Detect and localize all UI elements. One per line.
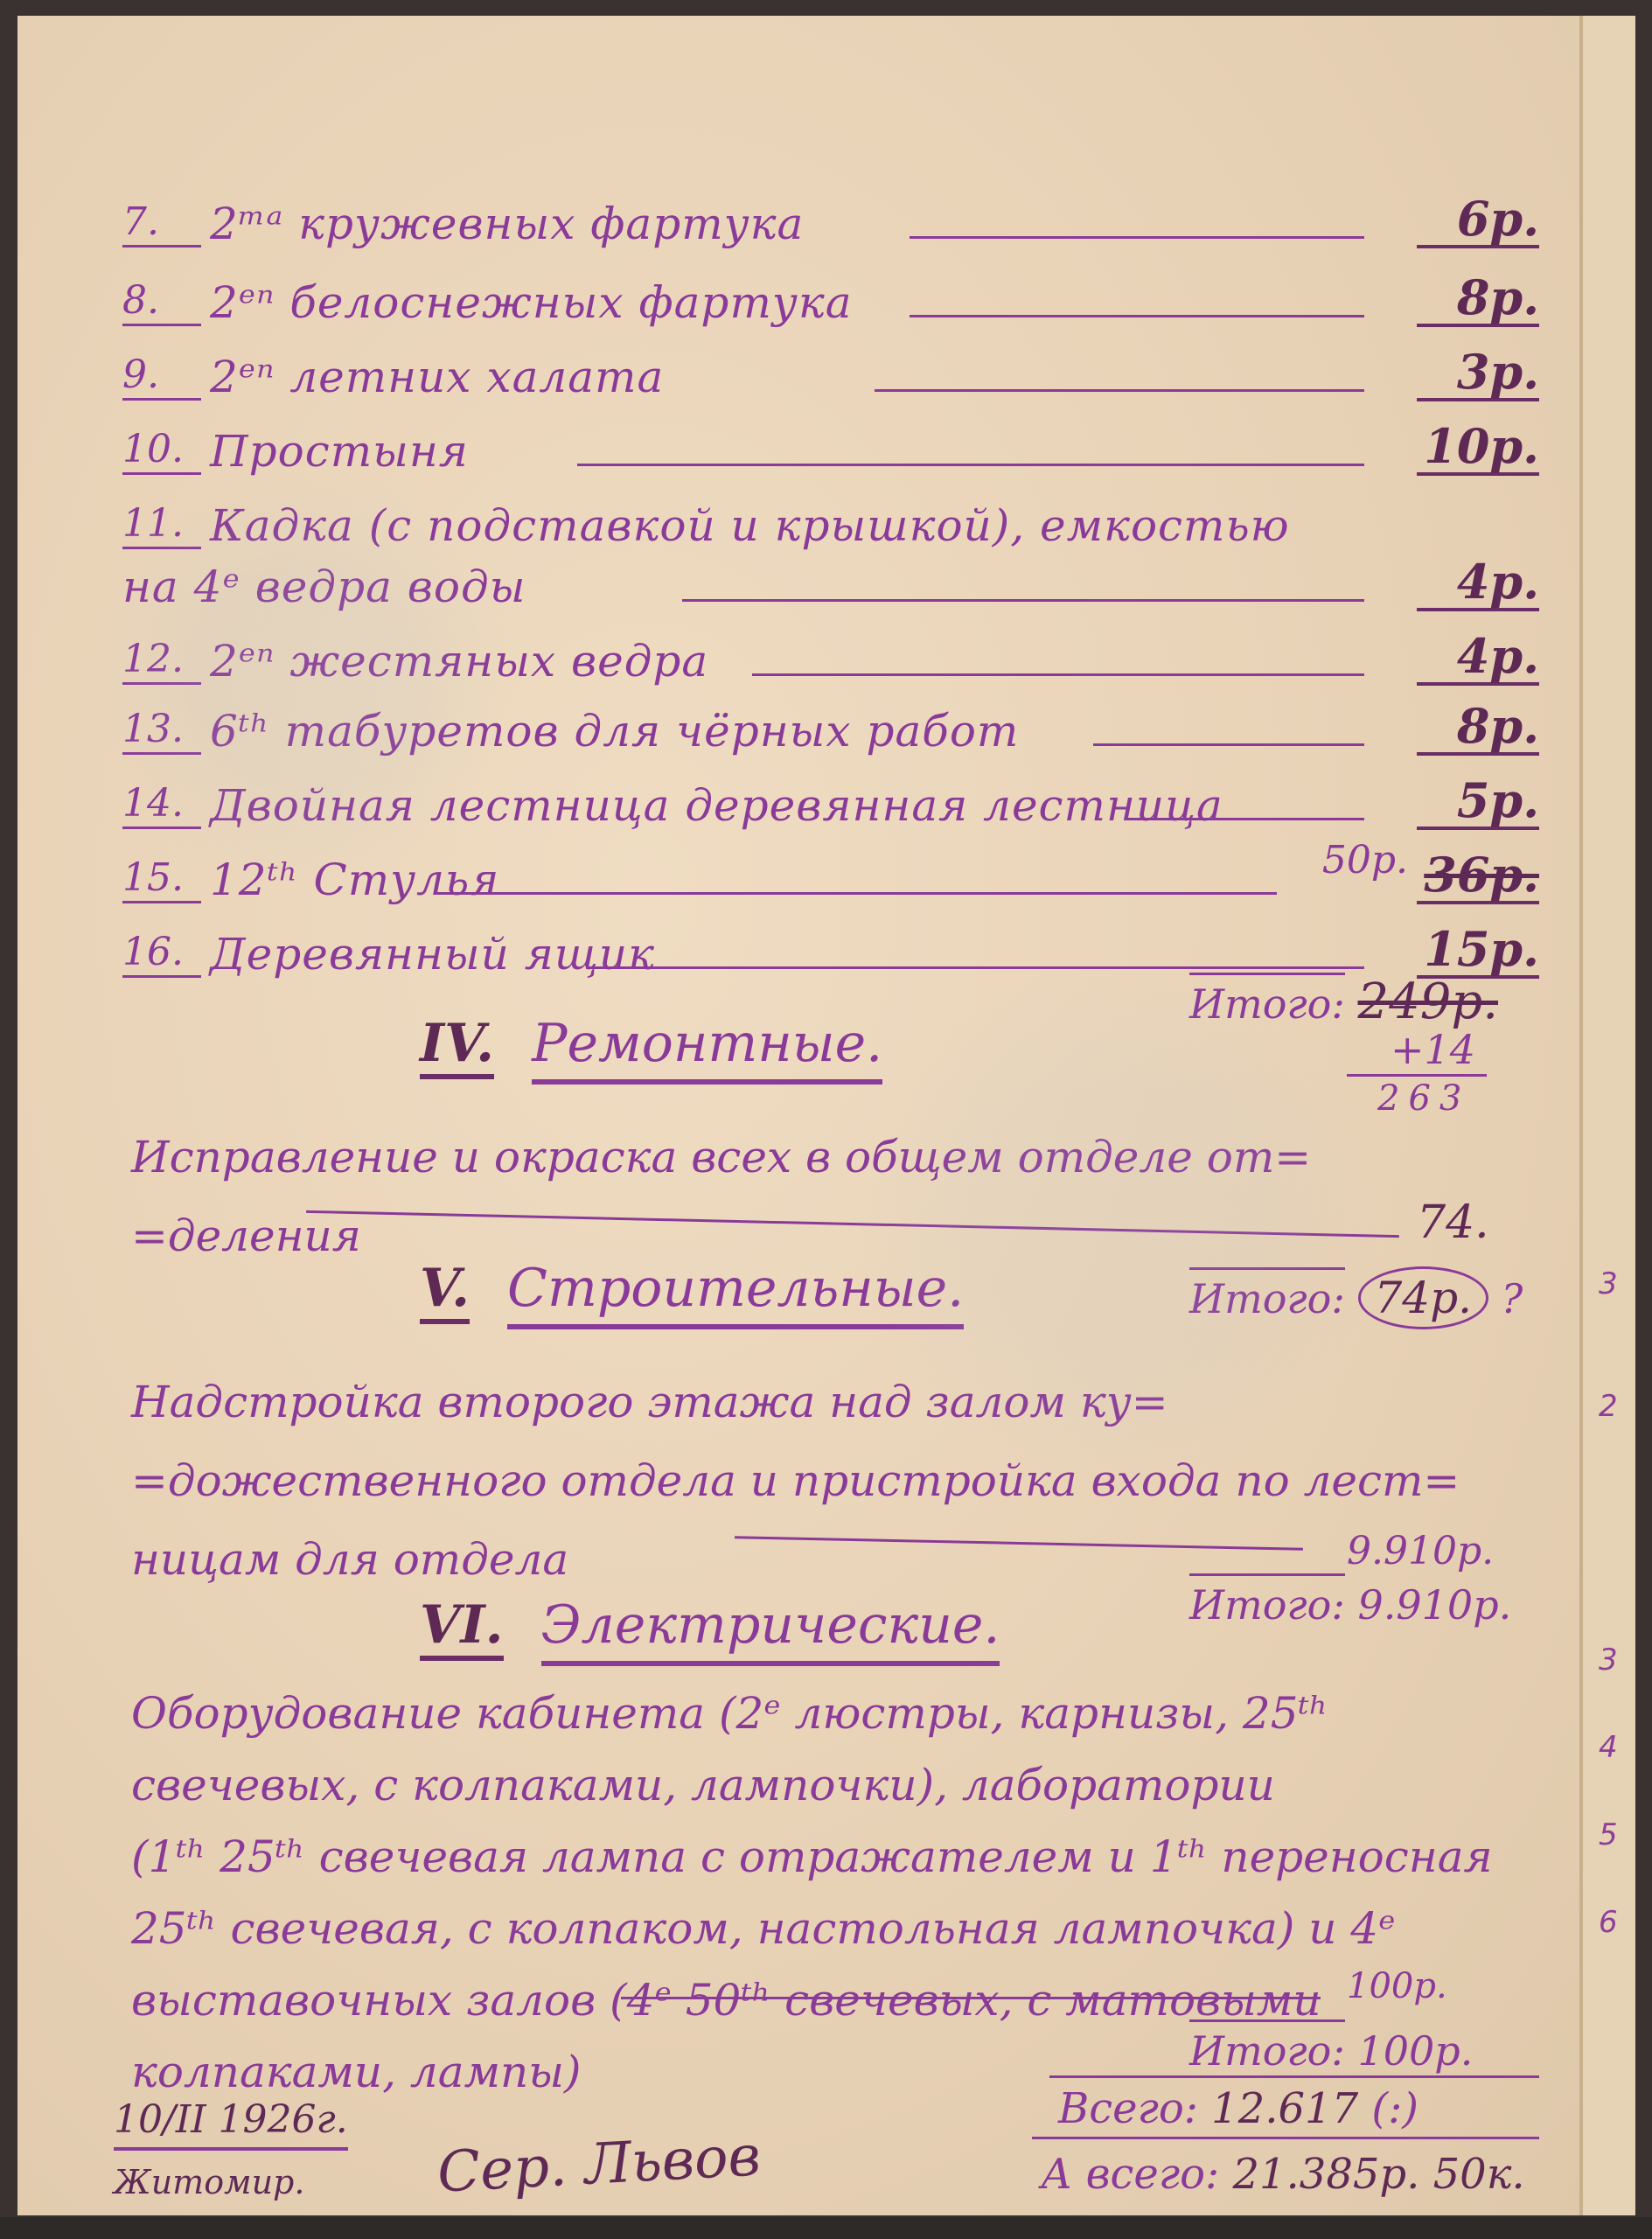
- item-description: 2ᵉⁿ летних халата: [210, 352, 664, 401]
- section-title: Электрические.: [541, 1594, 1000, 1666]
- text-line: =дожественного отдела и пристройка входа…: [131, 1441, 1513, 1520]
- item-row: 11. Кадка (с подставкой и крышкой), емко…: [122, 501, 1539, 554]
- leader-line: [1093, 743, 1364, 746]
- text-line: =деления: [131, 1196, 361, 1275]
- subtotal-value: 249р.: [1358, 973, 1499, 1030]
- item-amount: 5р.: [1417, 774, 1539, 830]
- leader-line: [910, 236, 1364, 239]
- section-4-text: Исправление и окраска всех в общем отдел…: [131, 1118, 1513, 1275]
- item-amount: 8р.: [1417, 700, 1539, 756]
- grand-total-mark: (:): [1371, 2084, 1418, 2133]
- text-line: (1ᵗʰ 25ᵗʰ свечевая лампа с отражателем и…: [131, 1821, 1513, 1893]
- item-description: 12ᵗʰ Стулья: [210, 855, 499, 904]
- text-line: Надстройка второго этажа над залом ку=: [131, 1363, 1513, 1441]
- document-place: Житомир.: [114, 2163, 304, 2201]
- item-amount: 6р.: [1417, 192, 1539, 248]
- item-number: 15.: [122, 855, 201, 903]
- leader-line: [752, 673, 1364, 676]
- item-number: 9.: [122, 352, 201, 401]
- item-number: 10.: [122, 427, 201, 475]
- item-description: 2ᵉⁿ жестяных ведра: [210, 637, 708, 686]
- leader-line: [875, 389, 1364, 392]
- section-4-amount: 74.: [1417, 1196, 1489, 1249]
- leader-line: [910, 315, 1364, 317]
- item-row: 10. Простыня 10р.: [122, 427, 1539, 479]
- item-number: 11.: [122, 501, 201, 549]
- section-4-total: Итого: 74р. ?: [1189, 1266, 1523, 1329]
- item-description: Простыня: [210, 427, 469, 476]
- section-5-total: Итого: 9.910р.: [1189, 1581, 1511, 1629]
- total-value: 74р.: [1358, 1266, 1489, 1329]
- corrected-amount: 50р.: [1322, 838, 1408, 882]
- leader-line: [682, 599, 1364, 602]
- text-line: 25ᵗʰ свечевая, с колпаком, настольная ла…: [131, 1893, 1513, 1964]
- overall-total: А всего: 21.385р. 50к.: [1041, 2150, 1525, 2199]
- subtotal-1: Итого: 249р.: [1189, 973, 1498, 1030]
- item-amount: 15р.: [1417, 923, 1539, 979]
- item-row: 8. 2ᵉⁿ белоснежных фартука 8р.: [122, 278, 1539, 331]
- margin-fragment: 3: [1599, 1266, 1618, 1301]
- overall-total-label: А всего:: [1041, 2150, 1219, 2199]
- leader-line: [577, 464, 1364, 466]
- margin-fragment: 5: [1599, 1817, 1618, 1852]
- item-amount: 10р.: [1417, 420, 1539, 476]
- adjacent-page-edge: 3 2 3 4 5 6: [1579, 16, 1635, 2215]
- total-value: 100р.: [1358, 2027, 1474, 2075]
- section-6-amount: 100р.: [1347, 1966, 1447, 2006]
- document-page: 7. 2ᵐᵃ кружевных фартука 6р. 8. 2ᵉⁿ бело…: [17, 16, 1592, 2215]
- section-4-heading: IV. Ремонтные.: [420, 1013, 882, 1085]
- section-title: Ремонтные.: [532, 1013, 882, 1085]
- question-mark: ?: [1502, 1275, 1523, 1322]
- item-amount: 3р.: [1417, 345, 1539, 401]
- total-label: Итого:: [1189, 1573, 1345, 1629]
- margin-fragment: 6: [1599, 1905, 1618, 1940]
- item-amount: 8р.: [1417, 271, 1539, 327]
- text-line: свечевых, с колпаками, лампочки), лабора…: [131, 1749, 1513, 1821]
- sum-line: [1347, 1074, 1487, 1077]
- total-rule: [1032, 2137, 1539, 2139]
- subtotal-result: 263: [1377, 1078, 1470, 1119]
- total-label: Итого:: [1189, 2019, 1345, 2075]
- text-line: Исправление и окраска всех в общем отдел…: [131, 1118, 1513, 1196]
- item-row: 12. 2ᵉⁿ жестяных ведра 4р.: [122, 637, 1539, 689]
- item-amount: 4р.: [1417, 555, 1539, 611]
- document-date: 10/II 1926г.: [114, 2097, 348, 2151]
- leader-line: [437, 892, 1277, 895]
- item-number: 13.: [122, 707, 201, 755]
- subtotal-addition: +14: [1391, 1026, 1475, 1073]
- section-number: VI.: [420, 1594, 504, 1661]
- total-value: 9.910р.: [1358, 1581, 1512, 1629]
- margin-fragment: 2: [1599, 1389, 1618, 1424]
- margin-fragment: 4: [1599, 1730, 1618, 1765]
- item-row: 7. 2ᵐᵃ кружевных фартука 6р.: [122, 199, 1539, 252]
- item-number: 16.: [122, 930, 201, 978]
- section-number: V.: [420, 1258, 470, 1324]
- item-description: Кадка (с подставкой и крышкой), емкостью: [210, 501, 1290, 550]
- signature: Сер. Львов: [436, 2124, 762, 2205]
- item-description: 6ᵗʰ табуретов для чёрных работ: [210, 707, 1019, 756]
- grand-total: Всего: 12.617 (:): [1058, 2084, 1418, 2133]
- section-5-text: Надстройка второго этажа над залом ку= =…: [131, 1363, 1513, 1599]
- overall-total-value: 21.385р. 50к.: [1232, 2150, 1524, 2199]
- leader-line: [621, 1997, 1321, 1999]
- item-row: 9. 2ᵉⁿ летних халата 3р.: [122, 352, 1539, 405]
- item-row: 14. Двойная лестница деревянная лестница…: [122, 781, 1539, 834]
- margin-fragment: 3: [1599, 1643, 1618, 1678]
- item-description: 2ᵐᵃ кружевных фартука: [210, 199, 804, 248]
- section-5-heading: V. Строительные.: [420, 1258, 964, 1329]
- section-title: Строительные.: [507, 1258, 964, 1329]
- section-6-heading: VI. Электрические.: [420, 1594, 1000, 1666]
- item-number: 14.: [122, 781, 201, 829]
- item-amount: 36р.: [1417, 848, 1539, 904]
- item-description: 2ᵉⁿ белоснежных фартука: [210, 278, 853, 327]
- item-description: Двойная лестница деревянная лестница: [210, 781, 1223, 830]
- item-number: 8.: [122, 278, 201, 326]
- leader-line: [586, 966, 1364, 969]
- total-label: Итого:: [1189, 1267, 1345, 1322]
- subtotal-label: Итого:: [1189, 973, 1345, 1028]
- scan-border: [0, 2217, 1652, 2239]
- item-description: на 4ᵉ ведра воды: [122, 562, 526, 611]
- grand-total-label: Всего:: [1058, 2084, 1198, 2133]
- item-number: 12.: [122, 637, 201, 685]
- item-row: 13. 6ᵗʰ табуретов для чёрных работ 8р.: [122, 707, 1539, 759]
- section-5-amount: 9.910р.: [1347, 1529, 1494, 1573]
- grand-total-value: 12.617: [1211, 2084, 1358, 2133]
- leader-line: [1128, 818, 1364, 820]
- item-number: 7.: [122, 199, 201, 248]
- section-number: IV.: [420, 1013, 494, 1079]
- item-row: 15. 12ᵗʰ Стулья 50р. 36р.: [122, 855, 1539, 908]
- item-description: Деревянный ящик: [210, 930, 655, 979]
- text-line: Оборудование кабинета (2ᵉ люстры, карниз…: [131, 1678, 1513, 1749]
- item-row: на 4ᵉ ведра воды 4р.: [122, 562, 1539, 615]
- total-rule: [1049, 2075, 1539, 2078]
- section-6-total: Итого: 100р.: [1189, 2027, 1473, 2075]
- item-amount: 4р.: [1417, 630, 1539, 686]
